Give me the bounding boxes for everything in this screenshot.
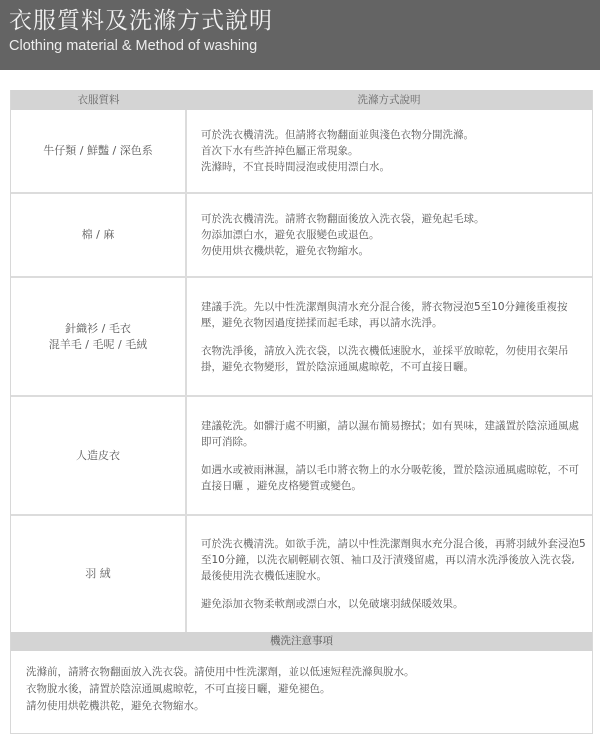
method-line: 勿使用烘衣機烘乾，避免衣物縮水。 — [201, 243, 586, 259]
table-row-faux-leather: 人造皮衣 建議乾洗。如髒汙處不明顯，請以濕布簡易擦拭；如有異味，建議置於陰涼通風… — [11, 397, 592, 516]
method-paragraph: 建議乾洗。如髒汙處不明顯，請以濕布簡易擦拭；如有異味，建議置於陰涼通風處即可消除… — [201, 418, 586, 450]
notes-title: 機洗注意事項 — [11, 632, 592, 651]
notes-body: 洗滌前，請將衣物翻面放入洗衣袋。請使用中性洗潔劑，並以低速短程洗滌與脫水。 衣物… — [26, 664, 582, 715]
table-row-denim: 牛仔類 / 鮮豔 / 深色系 可於洗衣機清洗。但請將衣物翻面並與淺色衣物分開洗滌… — [11, 110, 592, 194]
table-header: 衣服質料 洗滌方式說明 — [11, 90, 592, 110]
page-title: 衣服質料及洗滌方式說明 — [9, 6, 273, 36]
material-cell: 棉 / 麻 — [11, 194, 187, 276]
table-row-knit-wool: 針織衫 / 毛衣 混羊毛 / 毛呢 / 毛絨 建議手洗。先以中性洗潔劑與清水充分… — [11, 278, 592, 397]
note-line: 請勿使用烘乾機洪乾，避免衣物縮水。 — [26, 698, 582, 715]
method-line: 勿添加漂白水，避免衣服變色或退色。 — [201, 227, 586, 243]
note-line: 衣物脫水後，請置於陰涼通風處晾乾，不可直接日曬，避免褪色。 — [26, 681, 582, 698]
material-label: 針織衫 / 毛衣 — [49, 321, 147, 337]
title-banner: 衣服質料及洗滌方式說明 Clothing material & Method o… — [0, 0, 600, 70]
method-paragraph: 避免添加衣物柔軟劑或漂白水，以免破壞羽絨保暖效果。 — [201, 596, 586, 612]
material-label: 棉 / 麻 — [82, 227, 115, 243]
method-line: 可於洗衣機清洗。但請將衣物翻面並與淺色衣物分開洗滌。 — [201, 127, 586, 143]
material-label: 混羊毛 / 毛呢 / 毛絨 — [49, 337, 147, 353]
material-cell: 針織衫 / 毛衣 混羊毛 / 毛呢 / 毛絨 — [11, 278, 187, 395]
header-washing-method: 洗滌方式說明 — [186, 90, 592, 110]
method-line: 首次下水有些許掉色屬正常現象。 — [201, 143, 586, 159]
method-line: 洗滌時，不宜長時間浸泡或使用漂白水。 — [201, 159, 586, 175]
method-cell: 建議乾洗。如髒汙處不明顯，請以濕布簡易擦拭；如有異味，建議置於陰涼通風處即可消除… — [201, 397, 586, 514]
method-paragraph: 可於洗衣機清洗。如欲手洗，請以中性洗潔劑與水充分混合後，再將羽絨外套浸泡5至10… — [201, 536, 586, 584]
table-row-down: 羽 絨 可於洗衣機清洗。如欲手洗，請以中性洗潔劑與水充分混合後，再將羽絨外套浸泡… — [11, 516, 592, 632]
method-cell: 可於洗衣機清洗。請將衣物翻面後放入洗衣袋，避免起毛球。 勿添加漂白水，避免衣服變… — [201, 194, 586, 276]
page-subtitle: Clothing material & Method of washing — [9, 37, 257, 55]
material-label: 羽 絨 — [85, 566, 111, 582]
header-material: 衣服質料 — [11, 90, 186, 110]
material-cell: 人造皮衣 — [11, 397, 187, 514]
method-cell: 可於洗衣機清洗。如欲手洗，請以中性洗潔劑與水充分混合後，再將羽絨外套浸泡5至10… — [201, 516, 586, 632]
material-label: 人造皮衣 — [76, 448, 120, 464]
note-line: 洗滌前，請將衣物翻面放入洗衣袋。請使用中性洗潔劑，並以低速短程洗滌與脫水。 — [26, 664, 582, 681]
washing-table: 衣服質料 洗滌方式說明 牛仔類 / 鮮豔 / 深色系 可於洗衣機清洗。但請將衣物… — [10, 90, 593, 734]
material-label: 牛仔類 / 鮮豔 / 深色系 — [43, 143, 152, 159]
material-cell: 羽 絨 — [11, 516, 187, 632]
method-paragraph: 如遇水或被雨淋濕，請以毛巾將衣物上的水分吸乾後，置於陰涼通風處晾乾，不可直接日曬… — [201, 462, 586, 494]
table-row-cotton-linen: 棉 / 麻 可於洗衣機清洗。請將衣物翻面後放入洗衣袋，避免起毛球。 勿添加漂白水… — [11, 194, 592, 278]
method-cell: 可於洗衣機清洗。但請將衣物翻面並與淺色衣物分開洗滌。 首次下水有些許掉色屬正常現… — [201, 110, 586, 192]
method-paragraph: 衣物洗淨後，請放入洗衣袋，以洗衣機低速脫水，並採平放晾乾，勿使用衣架吊掛，避免衣… — [201, 343, 586, 375]
method-cell: 建議手洗。先以中性洗潔劑與清水充分混合後，將衣物浸泡5至10分鐘後重複按壓，避免… — [201, 278, 586, 395]
method-paragraph: 建議手洗。先以中性洗潔劑與清水充分混合後，將衣物浸泡5至10分鐘後重複按壓，避免… — [201, 299, 586, 331]
material-cell: 牛仔類 / 鮮豔 / 深色系 — [11, 110, 187, 192]
method-line: 可於洗衣機清洗。請將衣物翻面後放入洗衣袋，避免起毛球。 — [201, 211, 586, 227]
